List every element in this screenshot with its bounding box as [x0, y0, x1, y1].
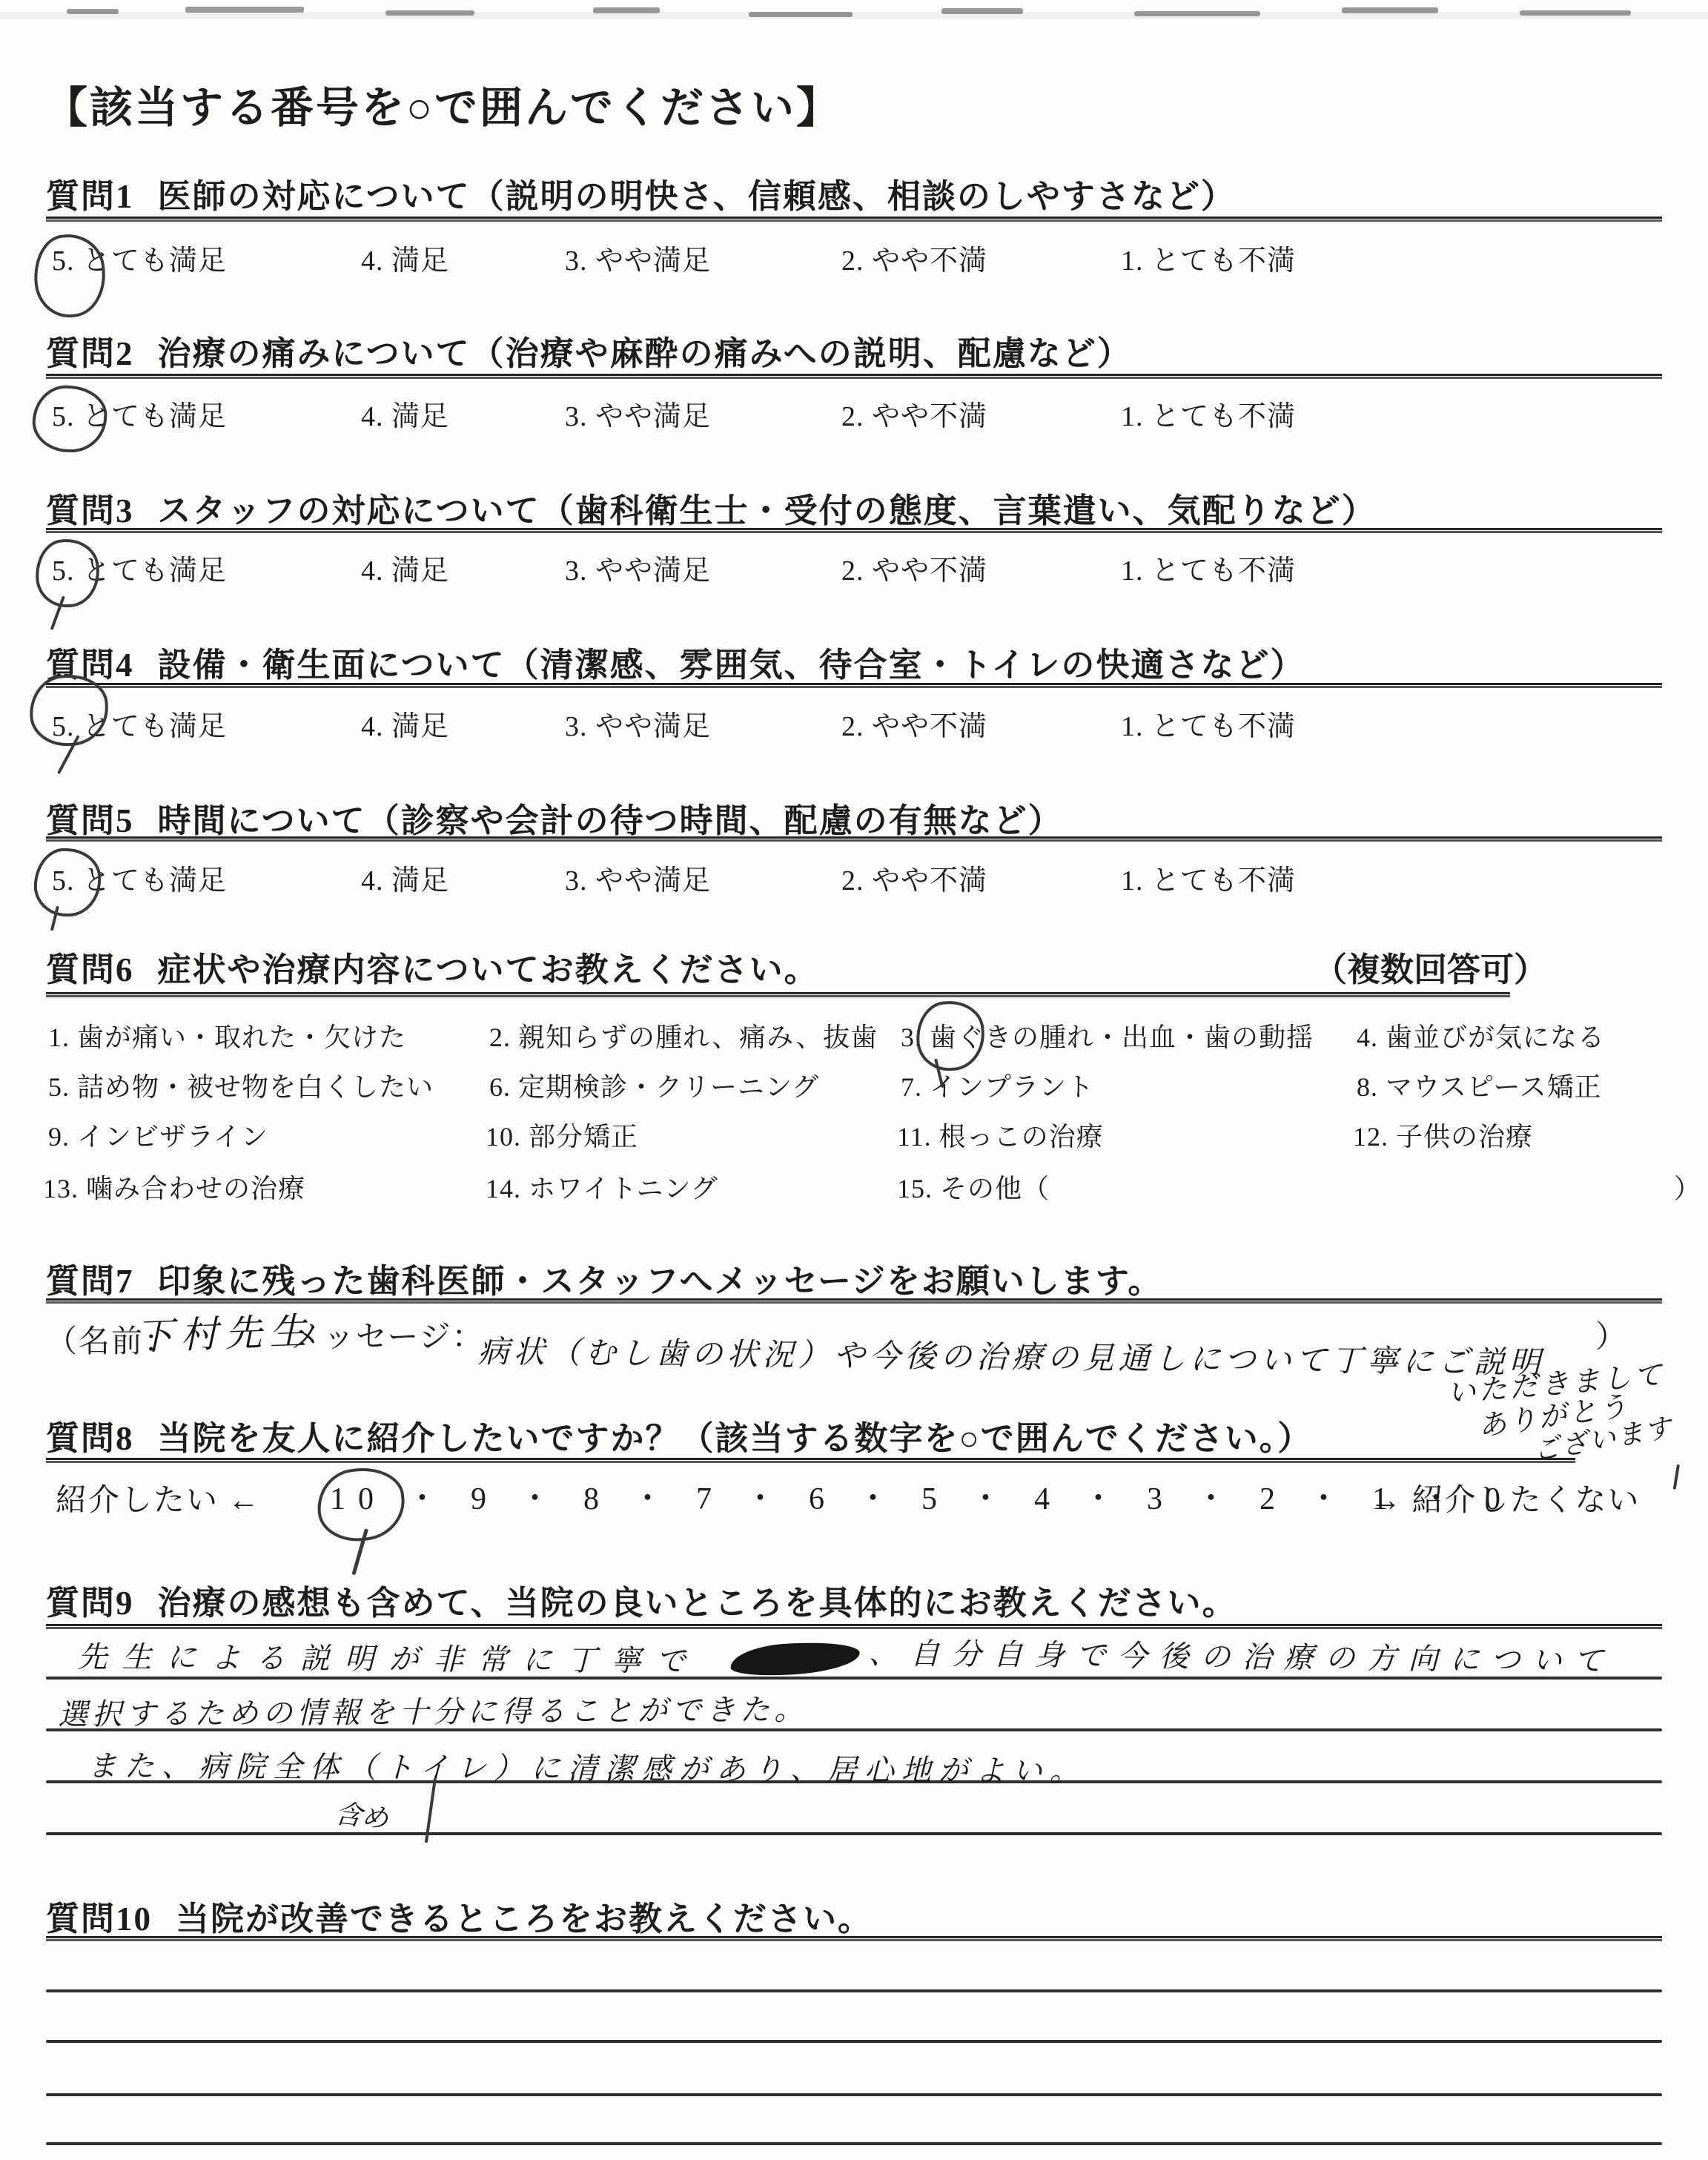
- scan-artifact: [593, 7, 660, 13]
- question-number: 質問7: [46, 1263, 134, 1300]
- scan-artifact: [941, 8, 1023, 14]
- divider-line: [46, 1624, 1662, 1626]
- symptom-option-10: 10. 部分矯正: [486, 1116, 638, 1154]
- multi-answer-note: （複数回答可）: [1314, 942, 1547, 991]
- circled-answer-mark-q5: [33, 847, 102, 917]
- handwritten-message-line-1: 病状（むし歯の状況）や今後の治療の見通しについて丁寧にご説明: [477, 1327, 1545, 1383]
- question-text: 治療の感想も含めて、当院の良いところを具体的にお教えください。: [158, 1585, 1237, 1622]
- question-text: 当院が改善できるところをお教えください。: [176, 1900, 873, 1938]
- handwritten-answer-line-2: 選択するための情報を十分に得ることができた。: [58, 1686, 808, 1734]
- rating-option-2: 2. やや不満: [841, 393, 987, 434]
- message-field-label: メッセージ：: [291, 1312, 484, 1357]
- symptom-option-6: 6. 定期検診・クリーニング: [489, 1066, 819, 1104]
- question-number: 質問10: [46, 1900, 152, 1938]
- scan-artifact: [1342, 7, 1438, 13]
- question-text: 設備・衛生面について（清潔感、雰囲気、待合室・トイレの快適さなど）: [158, 647, 1305, 684]
- rating-option-4: 4. 満足: [361, 547, 449, 588]
- question-text: 当院を友人に紹介したいですか？（該当する数字を○で囲んでください。）: [158, 1420, 1313, 1457]
- question-title: 質問5時間について（診察や会計の待つ時間、配慮の有無など）: [46, 793, 1063, 842]
- answer-ruled-line: [46, 1989, 1662, 1992]
- rating-option-4: 4. 満足: [361, 857, 449, 898]
- question-title: 質問9治療の感想も含めて、当院の良いところを具体的にお教えください。: [46, 1576, 1237, 1624]
- answer-ruled-line: [46, 2093, 1662, 2096]
- scan-artifact: [185, 7, 304, 13]
- scan-artifact: [1520, 10, 1631, 16]
- question-number: 質問9: [46, 1585, 134, 1622]
- rating-option-2: 2. やや不満: [841, 547, 987, 588]
- answer-ruled-line: [46, 2142, 1662, 2145]
- field-close-paren: ）: [1595, 1312, 1628, 1357]
- question-number: 質問6: [46, 951, 134, 988]
- question-text: 時間について（診察や会計の待つ時間、配慮の有無など）: [158, 802, 1063, 839]
- page-title: 【該当する番号を○で囲んでください】: [44, 73, 841, 135]
- rating-option-1: 1. とても不満: [1121, 857, 1296, 898]
- question-title: 質問1医師の対応について（説明の明快さ、信頼感、相談のしやすさなど）: [46, 169, 1236, 217]
- question-text: 医師の対応について（説明の明快さ、信頼感、相談のしやすさなど）: [158, 178, 1236, 215]
- question-text: 症状や治療内容についてお教えください。: [158, 951, 819, 988]
- scan-artifact: [67, 9, 119, 14]
- rating-option-2: 2. やや不満: [841, 237, 987, 278]
- circled-answer-mark-q6: [914, 999, 987, 1073]
- symptom-option-13: 13. 噛み合わせの治療: [43, 1168, 305, 1206]
- divider-line: [46, 683, 1662, 685]
- symptom-option-15-close-paren: ）: [1674, 1168, 1701, 1206]
- symptom-option-14: 14. ホワイトニング: [486, 1168, 718, 1206]
- question-number: 質問8: [46, 1420, 134, 1457]
- rating-option-3: 3. やや満足: [565, 237, 711, 278]
- rating-option-3: 3. やや満足: [565, 703, 711, 744]
- question-text: 治療の痛みについて（治療や麻酔の痛みへの説明、配慮など）: [158, 335, 1132, 372]
- answer-ruled-line: [46, 1832, 1662, 1835]
- rating-option-3: 3. やや満足: [565, 393, 711, 434]
- rating-option-1: 1. とても不満: [1121, 703, 1296, 744]
- divider-line: [46, 1458, 1575, 1460]
- rating-option-1: 1. とても不満: [1121, 547, 1296, 588]
- handwritten-answer-line-1a: 先生による説明が非常に丁寧で: [78, 1634, 701, 1680]
- rating-option-4: 4. 満足: [361, 703, 449, 744]
- scan-artifact: [385, 10, 474, 16]
- divider-line: [46, 217, 1662, 219]
- question-number: 質問2: [46, 335, 134, 372]
- question-title: 質問3スタッフの対応について（歯科衛生士・受付の態度、言葉遣い、気配りなど）: [46, 483, 1377, 532]
- question-title: 質問7印象に残った歯科医師・スタッフへメッセージをお願いします。: [46, 1254, 1162, 1302]
- question-number: 質問3: [46, 492, 134, 529]
- question-title: 質問10当院が改善できるところをお教えください。: [46, 1892, 873, 1940]
- symptom-option-4: 4. 歯並びが気になる: [1357, 1017, 1605, 1054]
- rating-option-1: 1. とても不満: [1121, 393, 1296, 434]
- symptom-option-1: 1. 歯が痛い・取れた・欠けた: [48, 1017, 406, 1054]
- symptom-option-11: 11. 根っこの治療: [897, 1116, 1104, 1154]
- question-text: 印象に残った歯科医師・スタッフへメッセージをお願いします。: [158, 1263, 1163, 1300]
- question-title: 質問2治療の痛みについて（治療や麻酔の痛みへの説明、配慮など）: [46, 326, 1132, 374]
- scale-right-label: → 紹介したくない: [1370, 1476, 1641, 1520]
- divider-line: [46, 1298, 1662, 1301]
- scribbled-out-word: [729, 1639, 861, 1679]
- circled-answer-mark-q3: [34, 538, 102, 609]
- scale-left-label: 紹介したい ←: [56, 1476, 261, 1520]
- answer-ruled-line: [46, 2040, 1662, 2043]
- symptom-option-5: 5. 詰め物・被せ物を白くしたい: [48, 1066, 434, 1104]
- question-title: 質問4設備・衛生面について（清潔感、雰囲気、待合室・トイレの快適さなど）: [46, 638, 1305, 686]
- symptom-option-8: 8. マウスピース矯正: [1357, 1066, 1602, 1104]
- rating-option-2: 2. やや不満: [841, 857, 987, 898]
- handwritten-name: 下村先生: [135, 1301, 314, 1361]
- rating-option-2: 2. やや不満: [841, 703, 987, 744]
- handwritten-answer-line-3: また、病院全体（トイレ）に清潔感があり、居心地がよい。: [87, 1743, 1087, 1790]
- divider-line: [46, 528, 1662, 530]
- symptom-option-7: 7. インプラント: [901, 1066, 1094, 1104]
- rating-option-4: 4. 満足: [361, 393, 449, 434]
- question-title: 質問6症状や治療内容についてお教えください。: [46, 942, 819, 991]
- divider-line: [46, 374, 1662, 376]
- scan-artifact-band: [0, 12, 1708, 19]
- recommend-scale-numbers: 10 ・ 9 ・ 8 ・ 7 ・ 6 ・ 5 ・ 4 ・ 3 ・ 2 ・ 1 ・…: [330, 1474, 1513, 1519]
- rating-option-1: 1. とても不満: [1121, 237, 1296, 278]
- divider-line: [46, 836, 1662, 839]
- question-number: 質問5: [46, 802, 134, 839]
- symptom-option-9: 9. インビザライン: [48, 1116, 268, 1154]
- handwritten-insert-note: 含め: [334, 1793, 391, 1836]
- divider-line: [46, 992, 1510, 994]
- scan-artifact: [1134, 11, 1260, 16]
- symptom-option-12: 12. 子供の治療: [1353, 1116, 1533, 1154]
- stray-pen-stroke: [1673, 1464, 1680, 1490]
- scan-artifact: [749, 12, 853, 17]
- question-text: スタッフの対応について（歯科衛生士・受付の態度、言葉遣い、気配りなど）: [158, 492, 1377, 529]
- question-number: 質問1: [46, 178, 134, 215]
- scanned-questionnaire-page: 【該当する番号を○で囲んでください】 質問1医師の対応について（説明の明快さ、信…: [0, 0, 1708, 2160]
- rating-option-4: 4. 満足: [361, 237, 449, 278]
- divider-line: [46, 1936, 1662, 1938]
- symptom-option-2: 2. 親知らずの腫れ、痛み、抜歯: [489, 1017, 878, 1054]
- handwritten-answer-line-1b: 、自分自身で今後の治療の方向について: [868, 1630, 1615, 1680]
- rating-option-3: 3. やや満足: [565, 547, 711, 588]
- symptom-option-15: 15. その他（: [897, 1168, 1050, 1206]
- question-title: 質問8当院を友人に紹介したいですか？（該当する数字を○で囲んでください。）: [46, 1411, 1312, 1459]
- rating-option-3: 3. やや満足: [565, 857, 711, 898]
